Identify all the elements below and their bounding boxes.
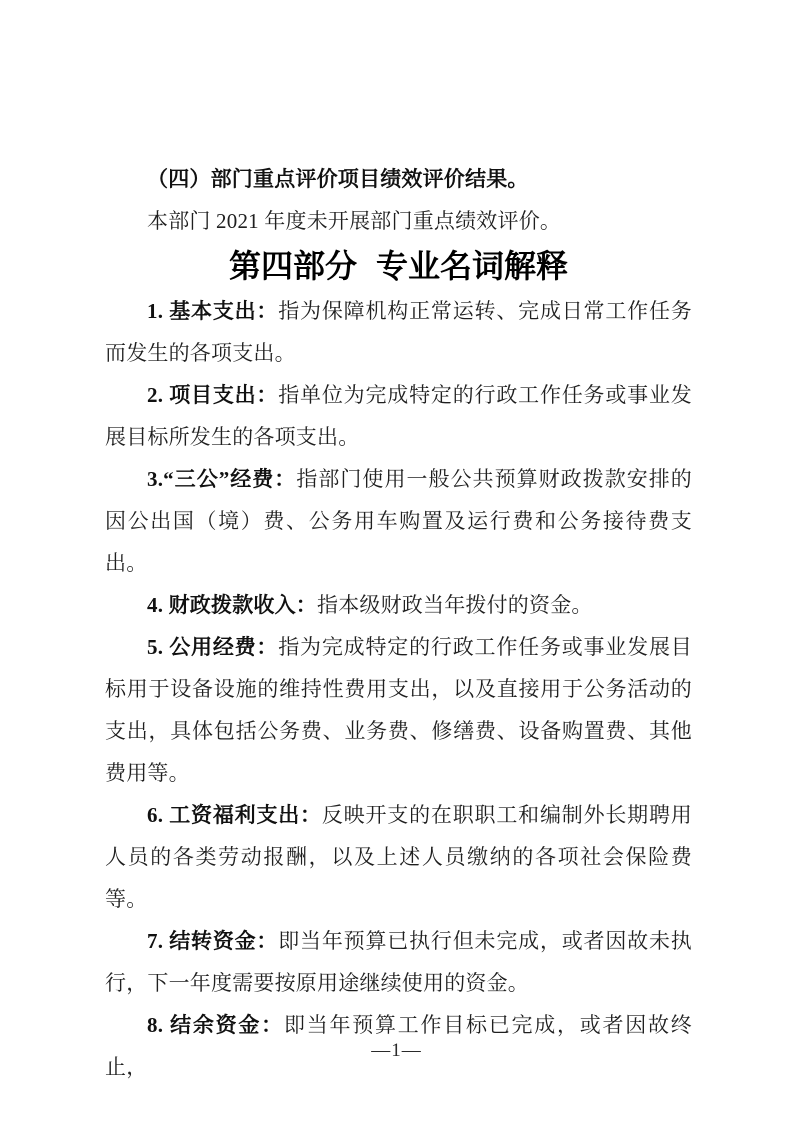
glossary-term: 6. 工资福利支出： xyxy=(147,803,322,827)
document-body: （四）部门重点评价项目绩效评价结果。 本部门 2021 年度未开展部门重点绩效评… xyxy=(105,158,692,1088)
glossary-term: 5. 公用经费： xyxy=(147,635,278,659)
glossary-item: 6. 工资福利支出：反映开支的在职职工和编制外长期聘用人员的各类劳动报酬，以及上… xyxy=(105,794,692,920)
page-number: —1— xyxy=(0,1040,793,1062)
glossary-item: 7. 结转资金：即当年预算已执行但未完成，或者因故未执行，下一年度需要按原用途继… xyxy=(105,920,692,1004)
glossary-term: 1. 基本支出： xyxy=(147,299,278,323)
glossary-item: 2. 项目支出：指单位为完成特定的行政工作任务或事业发展目标所发生的各项支出。 xyxy=(105,374,692,458)
intro-paragraph: 本部门 2021 年度未开展部门重点绩效评价。 xyxy=(105,200,692,242)
glossary-item: 4. 财政拨款收入：指本级财政当年拨付的资金。 xyxy=(105,584,692,626)
glossary-term: 2. 项目支出： xyxy=(147,383,278,407)
intro-heading-text: （四）部门重点评价项目绩效评价结果。 xyxy=(147,167,529,191)
document-page: （四）部门重点评价项目绩效评价结果。 本部门 2021 年度未开展部门重点绩效评… xyxy=(0,0,793,1122)
intro-paragraph-text: 本部门 2021 年度未开展部门重点绩效评价。 xyxy=(147,209,561,233)
glossary-definition: 指本级财政当年拨付的资金。 xyxy=(317,593,593,617)
intro-heading-line: （四）部门重点评价项目绩效评价结果。 xyxy=(105,158,692,200)
glossary-term: 7. 结转资金： xyxy=(147,929,278,953)
glossary-term: 8. 结余资金： xyxy=(147,1013,284,1037)
section-title: 第四部分 专业名词解释 xyxy=(105,242,692,290)
glossary-item: 1. 基本支出：指为保障机构正常运转、完成日常工作任务而发生的各项支出。 xyxy=(105,290,692,374)
glossary-item: 5. 公用经费：指为完成特定的行政工作任务或事业发展目标用于设备设施的维持性费用… xyxy=(105,626,692,794)
glossary-term: 3.“三公”经费： xyxy=(147,467,296,491)
glossary-item: 3.“三公”经费：指部门使用一般公共预算财政拨款安排的因公出国（境）费、公务用车… xyxy=(105,458,692,584)
glossary-term: 4. 财政拨款收入： xyxy=(147,593,317,617)
